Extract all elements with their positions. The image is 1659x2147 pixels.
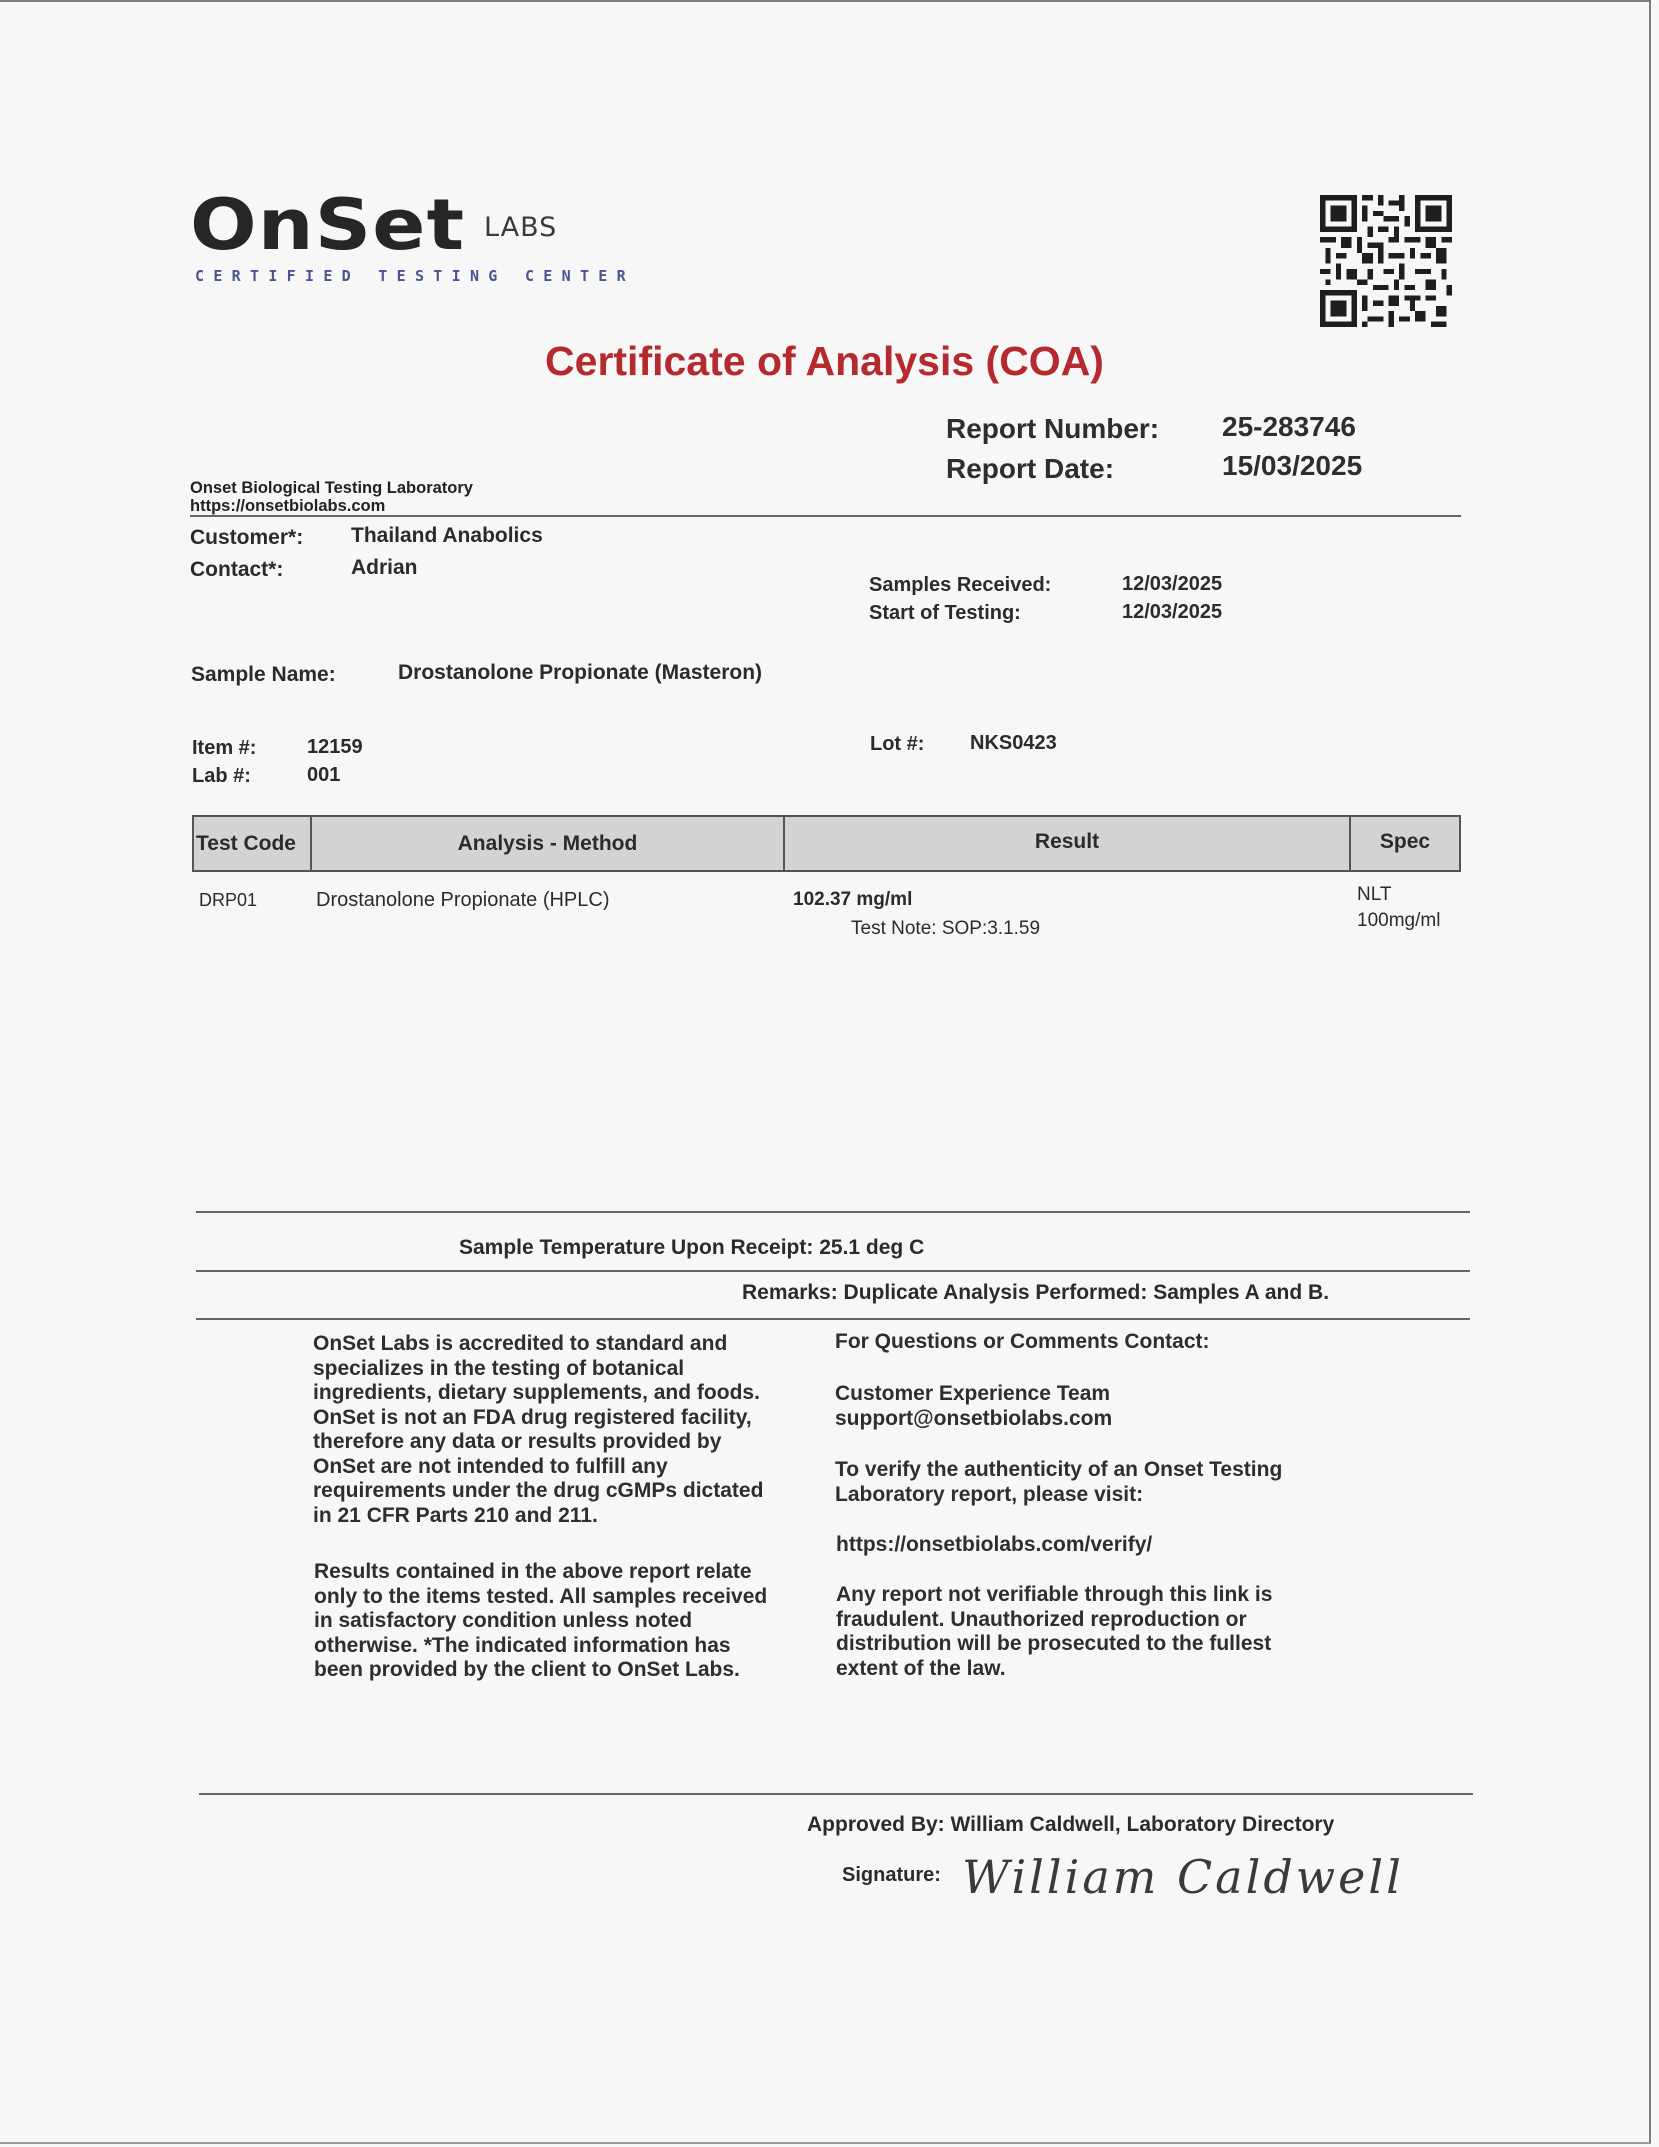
remarks: Remarks: Duplicate Analysis Performed: S… [742,1280,1329,1305]
col-analysis-method: Analysis - Method [312,817,785,870]
logo-wordmark: OnSet [190,190,465,260]
header-divider [190,515,1461,517]
title-text: Certificate of Analysis (COA) [545,338,1104,384]
accreditation-paragraph: OnSet Labs is accredited to standard and… [313,1332,763,1528]
item-label: Item #: [192,737,256,760]
start-testing-label: Start of Testing: [869,602,1021,625]
verify-text: To verify the authenticity of an Onset T… [835,1458,1282,1507]
footer-divider-3 [196,1318,1470,1320]
cell-analysis: Drostanolone Propionate (HPLC) [316,889,610,912]
footer-divider-1 [196,1211,1470,1213]
footer-divider-2 [196,1270,1470,1272]
report-number-value: 25-283746 [1222,411,1356,443]
item-value: 12159 [307,736,363,759]
lab-url[interactable]: https://onsetbiolabs.com [190,497,385,516]
col-test-code: Test Code [194,817,312,870]
results-table-header: Test Code Analysis - Method Result Spec [192,815,1461,872]
fraud-warning: Any report not verifiable through this l… [836,1583,1272,1681]
start-testing-value: 12/03/2025 [1122,601,1222,624]
contact-team: Customer Experience Team [835,1382,1110,1407]
samples-received-value: 12/03/2025 [1122,573,1222,596]
cell-spec-line1: NLT [1357,884,1391,906]
customer-value: Thailand Anabolics [351,524,543,548]
cell-test-note: Test Note: SOP:3.1.59 [851,918,1040,940]
report-date-label: Report Date: [946,453,1114,485]
verify-url[interactable]: https://onsetbiolabs.com/verify/ [836,1533,1152,1558]
lot-value: NKS0423 [970,732,1057,755]
lab-name: Onset Biological Testing Laboratory [190,478,473,498]
signature: William Caldwell [962,1850,1404,1904]
approved-by: Approved By: William Caldwell, Laborator… [807,1812,1334,1837]
col-result: Result [785,817,1351,870]
contact-email[interactable]: support@onsetbiolabs.com [835,1407,1112,1432]
document-title: Certificate of Analysis (COA) [0,338,1659,385]
lot-label: Lot #: [870,733,924,756]
contact-value: Adrian [351,556,418,580]
contact-label: Contact*: [190,558,283,582]
report-number-label: Report Number: [946,413,1159,445]
cell-result: 102.37 mg/ml [793,889,912,911]
lab-number-value: 001 [307,764,340,787]
col-spec: Spec [1351,817,1459,870]
results-disclaimer-paragraph: Results contained in the above report re… [314,1560,767,1683]
sample-name-value: Drostanolone Propionate (Masteron) [398,661,762,685]
contact-heading: For Questions or Comments Contact: [835,1330,1210,1355]
logo-tagline: CERTIFIED TESTING CENTER [195,267,635,285]
samples-received-label: Samples Received: [869,574,1051,597]
sample-temperature: Sample Temperature Upon Receipt: 25.1 de… [459,1235,924,1260]
qr-code-icon[interactable] [1320,195,1452,327]
lab-number-label: Lab #: [192,765,251,788]
signature-label: Signature: [842,1863,941,1888]
report-date-value: 15/03/2025 [1222,450,1362,482]
cell-test-code: DRP01 [199,890,257,911]
cell-spec-line2: 100mg/ml [1357,910,1440,932]
customer-label: Customer*: [190,526,303,550]
sample-name-label: Sample Name: [191,663,336,687]
approval-divider [199,1793,1473,1795]
logo-labs-suffix: LABS [484,212,557,243]
